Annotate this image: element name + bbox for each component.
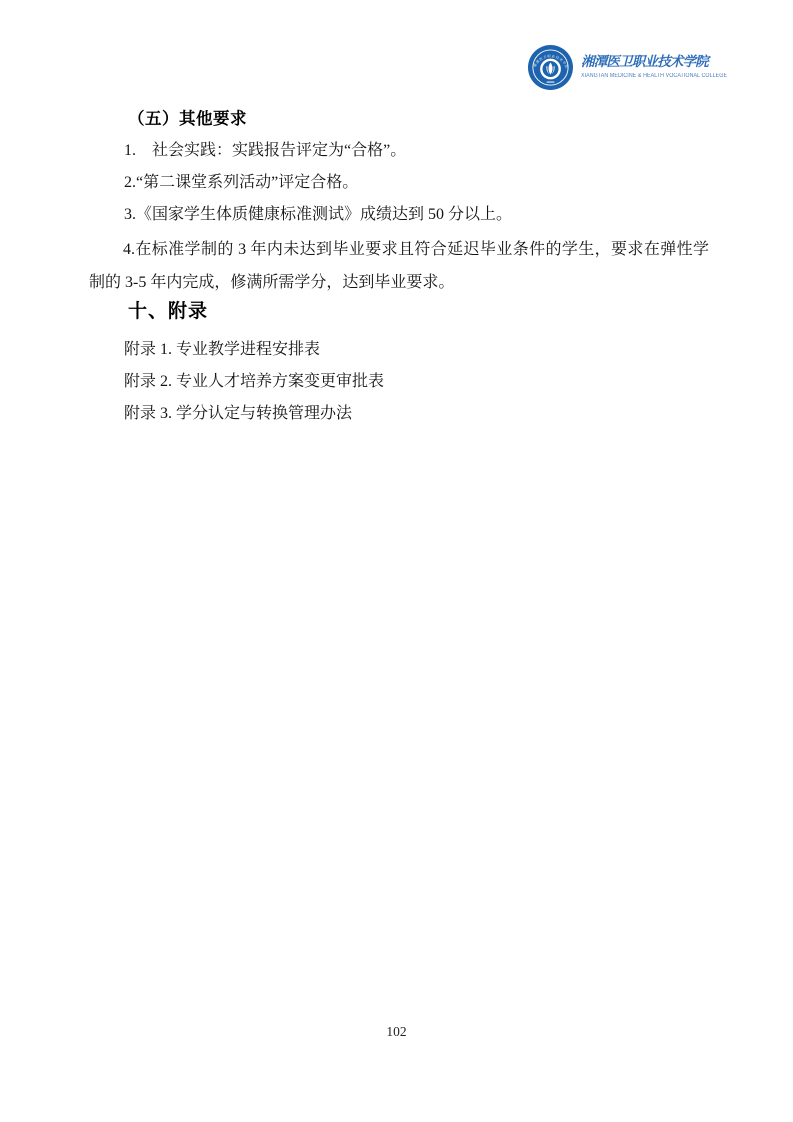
list-item-1: 1. 社会实践：实践报告评定为“合格”。 — [124, 141, 406, 161]
college-emblem-icon: 湘潭医卫职业技术学院 — [528, 45, 573, 90]
section5-heading: （五）其他要求 — [128, 105, 247, 129]
appendix-item-3: 附录 3. 学分认定与转换管理办法 — [124, 404, 352, 424]
college-logo: 湘潭医卫职业技术学院 湘潭医卫职业技术学院 XIANGTAN MEDICINE … — [528, 44, 747, 90]
college-name-en: XIANGTAN MEDICINE & HEALTH VOCATIONAL CO… — [581, 73, 727, 80]
section10-heading: 十、附录 — [128, 296, 208, 323]
page-number: 102 — [0, 1024, 793, 1040]
appendix-item-1: 附录 1. 专业教学进程安排表 — [124, 340, 320, 360]
appendix-item-2: 附录 2. 专业人才培养方案变更审批表 — [124, 372, 384, 392]
list-item-3: 3.《国家学生体质健康标准测试》成绩达到 50 分以上。 — [124, 205, 512, 225]
paragraph-item-4: 4.在标准学制的 3 年内未达到毕业要求且符合延迟毕业条件的学生，要求在弹性学制… — [89, 234, 709, 299]
college-name-zh: 湘潭医卫职业技术学院 — [581, 54, 747, 70]
document-page: 湘潭医卫职业技术学院 湘潭医卫职业技术学院 XIANGTAN MEDICINE … — [0, 0, 793, 1122]
list-item-2: 2.“第二课堂系列活动”评定合格。 — [124, 173, 358, 193]
college-logo-text: 湘潭医卫职业技术学院 XIANGTAN MEDICINE & HEALTH VO… — [581, 54, 747, 80]
